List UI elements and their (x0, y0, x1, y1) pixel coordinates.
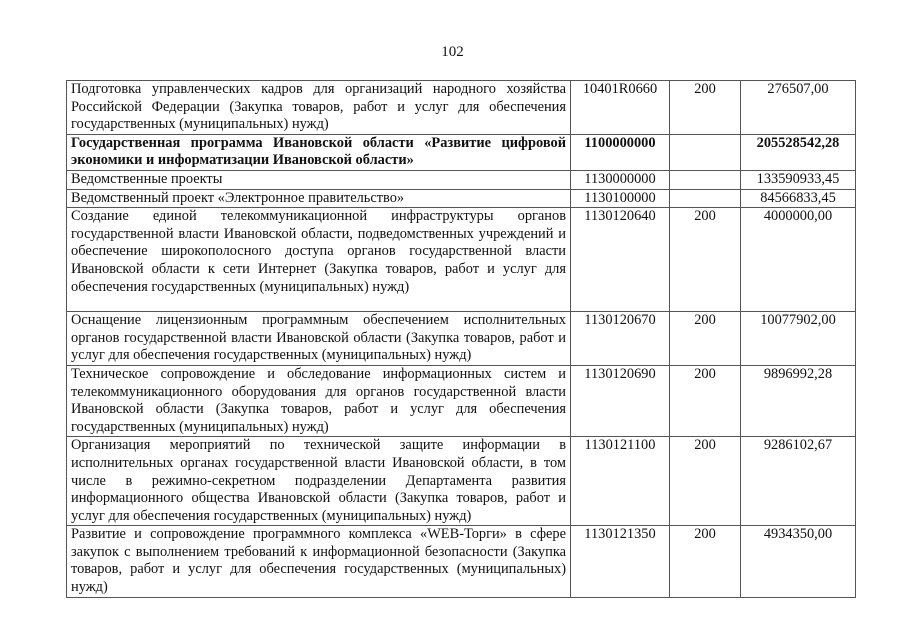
row-amount: 205528542,28 (741, 134, 856, 170)
row-amount: 133590933,45 (741, 170, 856, 189)
row-amount: 9896992,28 (741, 365, 856, 436)
row-expense-type: 200 (670, 208, 741, 312)
row-description: Создание единой телекоммуникационной инф… (67, 208, 571, 312)
table-row: Организация мероприятий по технической з… (67, 437, 856, 526)
table-row: Развитие и сопровождение программного ко… (67, 526, 856, 597)
row-description: Техническое сопровождение и обследование… (67, 365, 571, 436)
row-code: 1130100000 (571, 189, 670, 208)
page-number: 102 (0, 44, 905, 61)
row-description: Государственная программа Ивановской обл… (67, 134, 571, 170)
table-row: Ведомственный проект «Электронное правит… (67, 189, 856, 208)
row-amount: 9286102,67 (741, 437, 856, 526)
row-code: 1130120690 (571, 365, 670, 436)
row-description: Ведомственный проект «Электронное правит… (67, 189, 571, 208)
table-row: Техническое сопровождение и обследование… (67, 365, 856, 436)
row-expense-type: 200 (670, 526, 741, 597)
table-row: Оснащение лицензионным программным обесп… (67, 312, 856, 366)
row-amount: 4000000,00 (741, 208, 856, 312)
row-expense-type: 200 (670, 312, 741, 366)
row-description: Подготовка управленческих кадров для орг… (67, 81, 571, 135)
row-amount: 84566833,45 (741, 189, 856, 208)
row-expense-type: 200 (670, 81, 741, 135)
row-amount: 276507,00 (741, 81, 856, 135)
row-expense-type: 200 (670, 437, 741, 526)
row-code: 1130000000 (571, 170, 670, 189)
row-description: Развитие и сопровождение программного ко… (67, 526, 571, 597)
table-row-program: Государственная программа Ивановской обл… (67, 134, 856, 170)
row-code: 1130121100 (571, 437, 670, 526)
row-code: 1130120670 (571, 312, 670, 366)
row-amount: 4934350,00 (741, 526, 856, 597)
row-description: Ведомственные проекты (67, 170, 571, 189)
table-row: Подготовка управленческих кадров для орг… (67, 81, 856, 135)
row-code: 1130121350 (571, 526, 670, 597)
row-expense-type (670, 189, 741, 208)
row-code: 1100000000 (571, 134, 670, 170)
row-description: Оснащение лицензионным программным обесп… (67, 312, 571, 366)
row-expense-type (670, 134, 741, 170)
budget-table: Подготовка управленческих кадров для орг… (66, 80, 856, 598)
row-description: Организация мероприятий по технической з… (67, 437, 571, 526)
table-row: Создание единой телекоммуникационной инф… (67, 208, 856, 312)
row-expense-type (670, 170, 741, 189)
row-code: 1130120640 (571, 208, 670, 312)
table-row: Ведомственные проекты 1130000000 1335909… (67, 170, 856, 189)
row-expense-type: 200 (670, 365, 741, 436)
row-amount: 10077902,00 (741, 312, 856, 366)
row-code: 10401R0660 (571, 81, 670, 135)
